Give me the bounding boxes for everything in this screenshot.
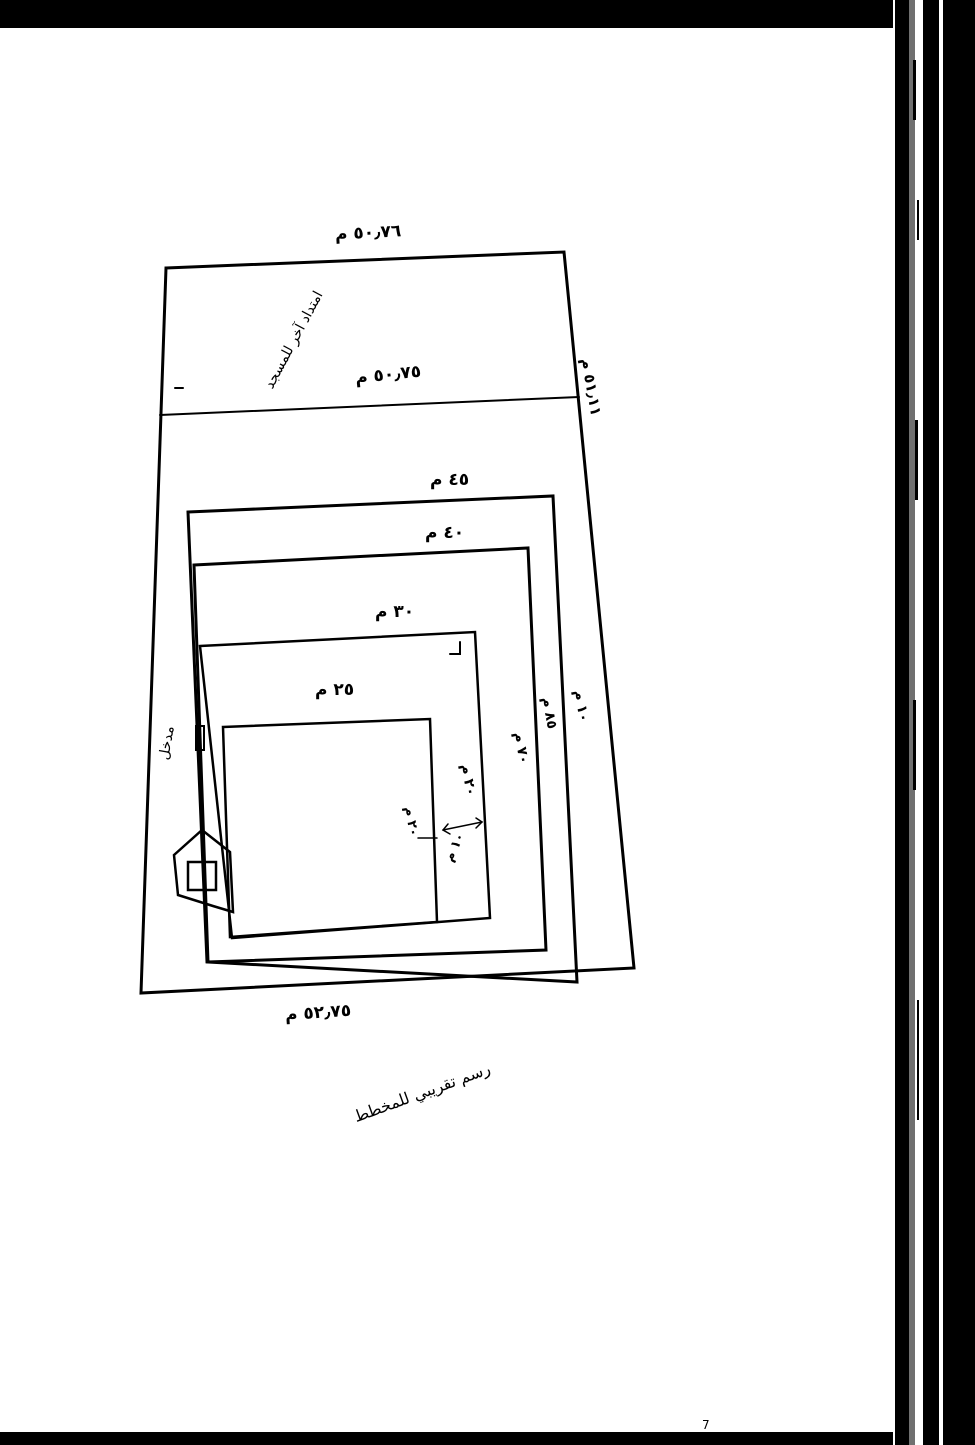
top-edge-label: ٥٠٫٧٦ م — [335, 221, 402, 244]
dimension-arrow — [443, 822, 482, 830]
frame-1-top-label: ٤٥ م — [430, 470, 469, 490]
frame-2-corner — [450, 642, 460, 654]
frame-1-inner — [194, 548, 546, 962]
frame-3-top-label: ٣٠ م — [375, 602, 414, 622]
front-strip-divider — [160, 397, 579, 415]
page-number: 7 — [702, 1418, 710, 1432]
frame-2 — [200, 632, 490, 938]
scan-binding-edge — [893, 0, 975, 1445]
frame-2-top-label: ٤٠ م — [425, 523, 464, 543]
site-plan-drawing — [0, 0, 900, 1445]
inner-building-top-label: ٢٥ م — [315, 680, 354, 700]
